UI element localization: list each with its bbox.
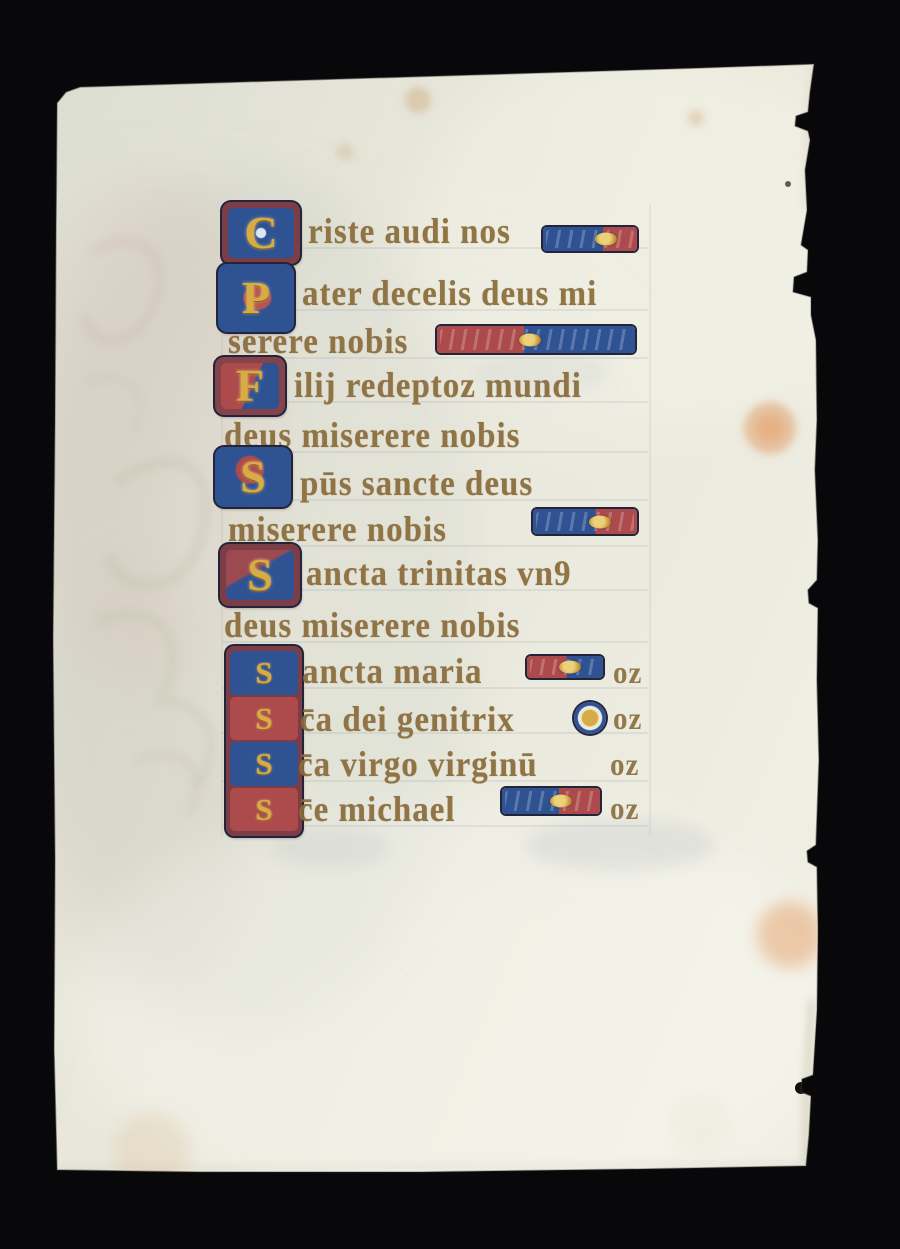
- text-line: ancta maria: [302, 652, 483, 693]
- illuminated-initial-s: S: [215, 447, 291, 507]
- initial-letter: F: [236, 363, 264, 409]
- illuminated-initial-c: C: [222, 202, 300, 264]
- initial-letter: C: [244, 210, 277, 256]
- text-line: ater decelis deus mi: [302, 274, 597, 315]
- ora-abbreviation: oz: [613, 702, 642, 738]
- line-filler-bar: [543, 227, 637, 251]
- text-line: ilij redeptoz mundi: [294, 366, 582, 407]
- text-line: deus miserere nobis: [224, 606, 520, 647]
- line-filler-bar: [437, 326, 635, 353]
- text-line: c̄e michael: [298, 790, 456, 831]
- initial-letter: P: [242, 275, 270, 321]
- text-line: c̄a dei genitrix: [300, 700, 515, 741]
- illuminated-initial-f: F: [215, 357, 285, 415]
- text-line: ancta trinitas vn9: [306, 554, 572, 595]
- stacked-initial: S: [230, 788, 298, 832]
- text-line: pūs sancte deus: [300, 464, 533, 505]
- ora-abbreviation: oz: [613, 656, 642, 692]
- ora-abbreviation: oz: [610, 792, 639, 828]
- stacked-initials-column: S S S S: [226, 646, 302, 836]
- line-filler-bar: [502, 788, 600, 814]
- text-line: c̄a virgo virginū: [298, 745, 538, 786]
- text-line: riste audi nos: [308, 212, 511, 253]
- stacked-initial: S: [230, 651, 298, 695]
- line-filler-roundel: [574, 702, 606, 734]
- illuminated-initial-s: S: [220, 544, 300, 606]
- photo-stage: C riste audi nos P ater decelis deus mi …: [0, 0, 900, 1249]
- line-filler-bar: [533, 509, 637, 534]
- ora-abbreviation: oz: [610, 748, 639, 784]
- initial-letter: S: [247, 552, 273, 598]
- stacked-initial: S: [230, 697, 298, 741]
- line-filler-bar: [527, 656, 603, 678]
- stacked-initial: S: [230, 742, 298, 786]
- initial-letter: S: [240, 454, 266, 500]
